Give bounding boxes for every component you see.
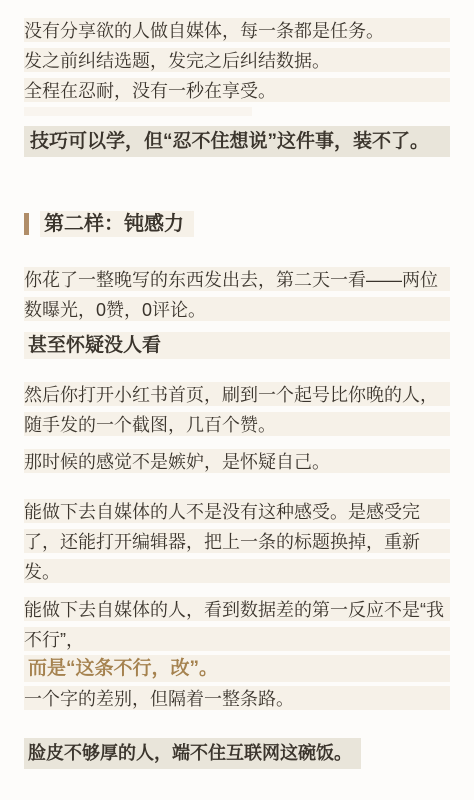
emphasis-line-skill: 技巧可以学，但“忍不住想说”这件事，装不了。	[24, 126, 450, 157]
paragraph-line: 能做下去自媒体的人不是没有这种感受。是感受完	[24, 497, 450, 527]
paragraph-line: 全程在忍耐，没有一秒在享受。	[24, 76, 450, 106]
paragraph-line: 发之前纠结选题，发完之后纠结数据。	[24, 46, 450, 76]
paragraph-line: 一个字的差别，但隔着一整条路。	[24, 684, 450, 714]
paragraph-line: 了，还能打开编辑器，把上一条的标题换掉，重新	[24, 527, 450, 557]
article-page: 没有分享欲的人做自媒体，每一条都是任务。 发之前纠结选题，发完之后纠结数据。 全…	[0, 0, 474, 800]
section-heading: 第二样：钝感力	[24, 211, 450, 237]
paragraph-line: 随手发的一个截图，几百个赞。	[24, 410, 450, 440]
paragraph-first-reaction: 能做下去自媒体的人，看到数据差的第一反应不是“我 不行”，	[24, 595, 450, 655]
paragraph-line: 你花了一整晚写的东西发出去，第二天一看——两位	[24, 265, 450, 295]
paragraph-line: 然后你打开小红书首页，刷到一个起号比你晚的人，	[24, 380, 450, 410]
paragraph-keep-going: 能做下去自媒体的人不是没有这种感受。是感受完 了，还能打开编辑器，把上一条的标题…	[24, 497, 450, 587]
paragraph-not-jealousy: 那时候的感觉不是嫉妒，是怀疑自己。	[24, 447, 450, 477]
section-heading-title: 第二样：钝感力	[40, 211, 194, 237]
emphasis-line-thick-skin: 脸皮不够厚的人，端不住互联网这碗饭。	[24, 738, 361, 769]
paragraph-line: 能做下去自媒体的人，看到数据差的第一反应不是“我	[24, 595, 450, 625]
paragraph-line: 数曝光，0赞，0评论。	[24, 295, 450, 325]
paragraph-line: 没有分享欲的人做自媒体，每一条都是任务。	[24, 16, 450, 46]
heading-accent-bar	[24, 213, 29, 235]
accent-line-fix-it: 而是“这条不行，改”。	[24, 655, 450, 682]
paragraph-line: 那时候的感觉不是嫉妒，是怀疑自己。	[24, 447, 450, 477]
empty-highlight-strip	[24, 107, 252, 116]
paragraph-line: 发。	[24, 557, 450, 587]
paragraph-line: 不行”，	[24, 625, 450, 655]
paragraph-open-app: 然后你打开小红书首页，刷到一个起号比你晚的人， 随手发的一个截图，几百个赞。	[24, 380, 450, 440]
emphasis-line-thick-skin-row: 脸皮不够厚的人，端不住互联网这碗饭。	[24, 738, 450, 769]
paragraph-one-word: 一个字的差别，但隔着一整条路。	[24, 684, 450, 714]
emphasis-line-doubt: 甚至怀疑没人看	[24, 332, 450, 359]
paragraph-posted-overnight: 你花了一整晚写的东西发出去，第二天一看——两位 数曝光，0赞，0评论。	[24, 265, 450, 325]
paragraph-no-sharing-desire: 没有分享欲的人做自媒体，每一条都是任务。 发之前纠结选题，发完之后纠结数据。 全…	[24, 16, 450, 106]
